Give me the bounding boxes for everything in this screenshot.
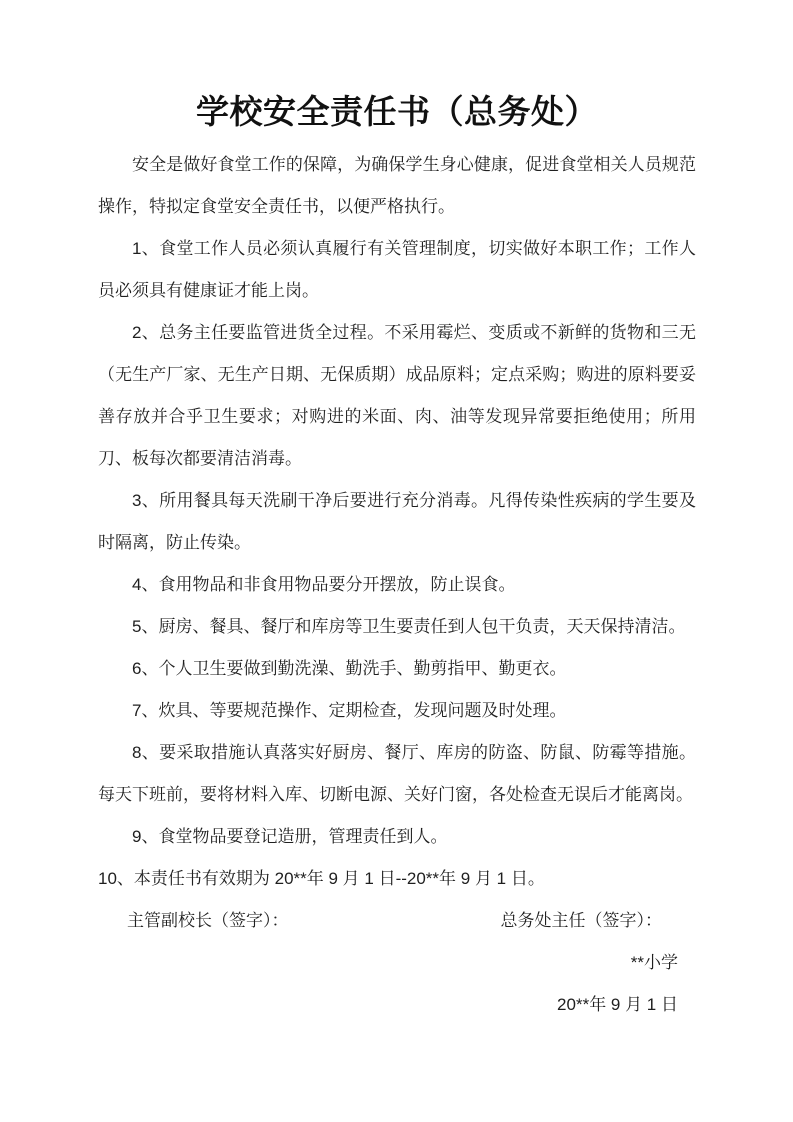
clause-10: 10、本责任书有效期为 20**年 9 月 1 日--20**年 9 月 1 日… xyxy=(98,858,696,900)
intro-paragraph: 安全是做好食堂工作的保障，为确保学生身心健康，促进食堂相关人员规范操作，特拟定食… xyxy=(98,144,696,228)
clause-9: 9、食堂物品要登记造册，管理责任到人。 xyxy=(98,816,696,858)
signature-general-affairs-director: 总务处主任（签字）： xyxy=(501,900,663,942)
clause-8: 8、要采取措施认真落实好厨房、餐厅、库房的防盗、防鼠、防霉等措施。每天下班前，要… xyxy=(98,732,696,816)
clause-5: 5、厨房、餐具、餐厅和库房等卫生要责任到人包干负责，天天保持清洁。 xyxy=(98,606,696,648)
clause-6: 6、个人卫生要做到勤洗澡、勤洗手、勤剪指甲、勤更衣。 xyxy=(98,648,696,690)
clause-7: 7、炊具、等要规范操作、定期检查，发现问题及时处理。 xyxy=(98,690,696,732)
clause-4: 4、食用物品和非食用物品要分开摆放，防止误食。 xyxy=(98,564,696,606)
document-date: 20**年 9 月 1 日 xyxy=(98,984,696,1026)
signature-vice-principal: 主管副校长（签字）： xyxy=(127,900,289,942)
clause-1: 1、食堂工作人员必须认真履行有关管理制度，切实做好本职工作；工作人员必须具有健康… xyxy=(98,228,696,312)
clause-3: 3、所用餐具每天洗刷干净后要进行充分消毒。凡得传染性疾病的学生要及时隔离，防止传… xyxy=(98,480,696,564)
school-name: **小学 xyxy=(98,942,696,984)
document-title: 学校安全责任书（总务处） xyxy=(98,90,696,134)
document-page: 学校安全责任书（总务处） 安全是做好食堂工作的保障，为确保学生身心健康，促进食堂… xyxy=(0,0,793,1122)
document-body: 安全是做好食堂工作的保障，为确保学生身心健康，促进食堂相关人员规范操作，特拟定食… xyxy=(98,144,696,1026)
signature-row: 主管副校长（签字）： 总务处主任（签字）： xyxy=(98,900,696,942)
clause-2: 2、总务主任要监管进货全过程。不采用霉烂、变质或不新鲜的货物和三无（无生产厂家、… xyxy=(98,312,696,480)
